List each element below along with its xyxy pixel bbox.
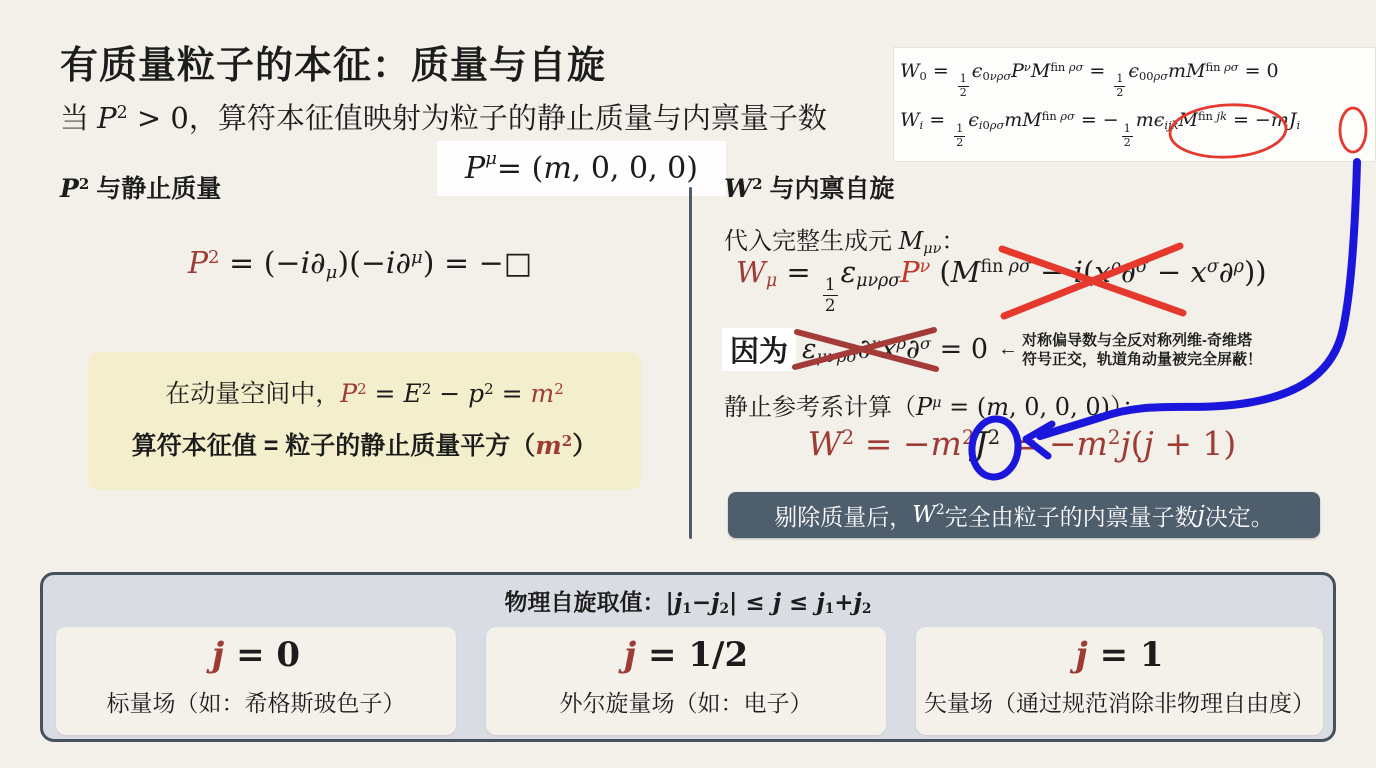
spin-card-j1: j = 1 矢量场（通过规范消除非物理自由度） — [916, 627, 1323, 735]
spin-value: j = 0 — [56, 635, 456, 675]
w-mu-formula: Wμ = 12εμνρσPν (Mfin ρσ − i(xρ∂σ − xσ∂ρ)… — [736, 255, 1267, 315]
orthogonality-formula: εμνρσ∂νxρ∂σ = 0 — [802, 334, 988, 365]
subtitle: 当 P2 > 0，算符本征值映射为粒子的静止质量与内禀量子数 — [60, 96, 827, 137]
rest-frame-line: 静止参考系计算（Pμ = (m, 0, 0, 0)）： — [724, 387, 1146, 422]
spin-card-j-half: j = 1/2 外尔旋量场（如：电子） — [486, 627, 886, 735]
w0-equation: W0 = 12ϵ0νρσPνMfin ρσ = 12ϵ00ρσmMfin ρσ … — [900, 60, 1369, 100]
spin-range-header: 物理自旋取值：|j1−j2| ≤ j ≤ j1+j2 — [43, 584, 1333, 617]
orthogonality-note: 对称偏导数与全反对称列维-奇维塔 符号正交，轨道角动量被完全屏蔽！ — [1022, 331, 1262, 369]
spin-label: 标量场（如：希格斯玻色子） — [56, 685, 456, 718]
slide: 有质量粒子的本征：质量与自旋 当 P2 > 0，算符本征值映射为粒子的静止质量与… — [0, 0, 1376, 768]
spin-label: 外尔旋量场（如：电子） — [486, 685, 886, 718]
momentum-space-line: 在动量空间中，P2 = E2 − p2 = m2 — [88, 374, 641, 410]
p-squared-operator-formula: P2 = (−i∂μ)(−i∂μ) = −□ — [80, 246, 640, 281]
spin-value: j = 1/2 — [486, 635, 886, 675]
w-squared-formula: W2 = −m2J2 = −m2j(j + 1) — [724, 424, 1320, 463]
spin-label: 矢量场（通过规范消除非物理自由度） — [916, 685, 1323, 718]
conclusion-banner: 剔除质量后，W2 完全由粒子的内禀量子数 j 决定。 — [728, 492, 1320, 538]
spin-value: j = 1 — [916, 635, 1323, 675]
spin-values-panel: 物理自旋取值：|j1−j2| ≤ j ≤ j1+j2 j = 0 标量场（如：希… — [40, 572, 1336, 742]
eigenvalue-line: 算符本征值 = 粒子的静止质量平方（m2） — [88, 426, 641, 462]
left-arrow-icon: ← — [998, 338, 1018, 361]
rest-momentum-box: Pμ = (m, 0, 0, 0) — [437, 141, 726, 196]
because-label: 因为 — [722, 328, 796, 371]
because-row: 因为 εμνρσ∂νxρ∂σ = 0 ← 对称偏导数与全反对称列维-奇维塔 符号… — [722, 328, 1262, 371]
note-line-2: 符号正交，轨道角动量被完全屏蔽！ — [1022, 351, 1262, 368]
page-title: 有质量粒子的本征：质量与自旋 — [60, 34, 606, 89]
spin-card-j0: j = 0 标量场（如：希格斯玻色子） — [56, 627, 456, 735]
column-divider — [689, 187, 692, 539]
note-line-1: 对称偏导数与全反对称列维-奇维塔 — [1022, 332, 1252, 349]
mass-highlight-panel: 在动量空间中，P2 = E2 − p2 = m2 算符本征值 = 粒子的静止质量… — [88, 352, 641, 490]
wi-equation: Wi = 12ϵi0ρσmMfin ρσ = −12mϵijkMfin jk =… — [900, 109, 1369, 149]
left-column-heading: P2 与静止质量 — [60, 169, 221, 205]
pauli-lubanski-component-box: W0 = 12ϵ0νρσPνMfin ρσ = 12ϵ00ρσmMfin ρσ … — [893, 47, 1376, 162]
right-column-heading: W2 与内禀自旋 — [724, 169, 894, 205]
generator-line: 代入完整生成元 Mμν： — [724, 221, 965, 256]
